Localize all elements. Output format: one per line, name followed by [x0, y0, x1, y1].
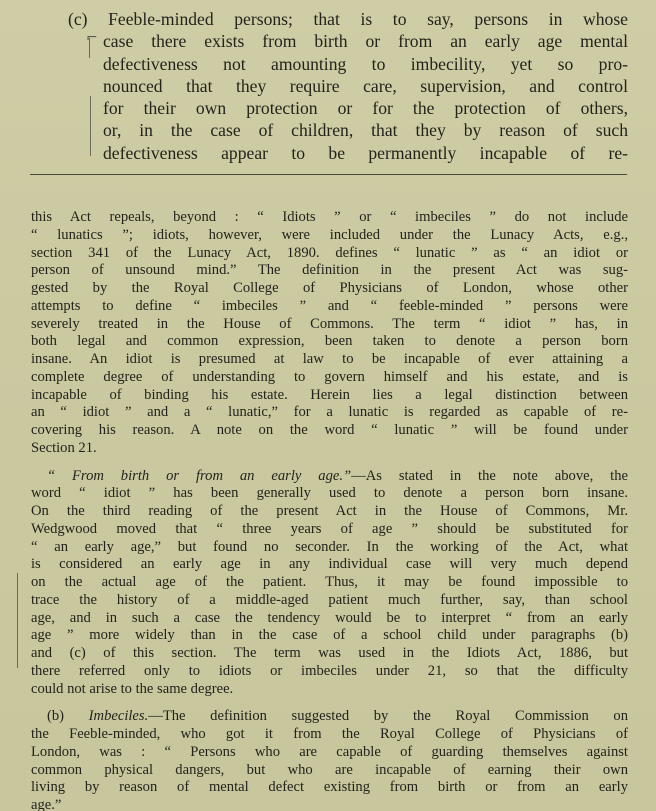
- note-line: trace the history of a middle-aged patie…: [31, 592, 628, 610]
- note-line: on the actual age of the patient. Thus, …: [31, 574, 628, 592]
- section-divider: [30, 174, 627, 175]
- note-heading: “ From birth or from an early age.”: [47, 468, 351, 484]
- note-line: “ From birth or from an early age.”—As s…: [31, 468, 628, 486]
- statute-line: (c) Feeble-minded persons; that is to sa…: [68, 8, 628, 30]
- note-line: complete degree of understanding to gove…: [31, 369, 628, 387]
- note-line: could not arise to the same degree.: [31, 681, 628, 699]
- note-heading: Imbeciles.: [89, 708, 149, 724]
- note-line: “ lunatics ”; idiots, however, were incl…: [31, 227, 628, 245]
- statute-line: for their own protection or for the prot…: [68, 97, 628, 119]
- note-line: and (c) of this section. The term was us…: [31, 645, 628, 663]
- statute-line: or, in the case of children, that they b…: [68, 119, 628, 141]
- note-line: is considered an early age in any indivi…: [31, 556, 628, 574]
- note-line: On the third reading of the present Act …: [31, 503, 628, 521]
- statute-line: defectiveness appear to be permanently i…: [68, 142, 628, 164]
- note-paragraph-imbeciles: (b) Imbeciles.—The definition suggested …: [31, 708, 628, 811]
- note-line: severely treated in the House of Commons…: [31, 316, 628, 334]
- note-line: an “ idiot ” and a “ lunatic,” for a lun…: [31, 404, 628, 422]
- note-line: “ an early age,” but found no seconder. …: [31, 539, 628, 557]
- note-line: person of unsound mind.” The definition …: [31, 262, 628, 280]
- note-line: attempts to define “ imbeciles ” and “ f…: [31, 298, 628, 316]
- note-line: both legal and common expression, been t…: [31, 333, 628, 351]
- note-line: age, and in such a case the tendency wou…: [31, 610, 628, 628]
- note-line: this Act repeals, beyond : “ Idiots ” or…: [31, 209, 628, 227]
- note-line: there referred only to idiots or imbecil…: [31, 663, 628, 681]
- statute-line: case there exists from birth or from an …: [68, 30, 628, 52]
- note-line: incapable of binding his estate. Herein …: [31, 387, 628, 405]
- note-paragraph-early-age: “ From birth or from an early age.”—As s…: [31, 468, 628, 699]
- statute-line: defectiveness not amounting to imbecilit…: [68, 53, 628, 75]
- note-line: Wedgwood moved that “ three years of age…: [31, 521, 628, 539]
- note-line: Section 21.: [31, 440, 628, 458]
- note-line: common physical dangers, but who are inc…: [31, 762, 628, 780]
- note-line: insane. An idiot is presumed at law to b…: [31, 351, 628, 369]
- note-line: age.”: [31, 797, 628, 811]
- book-page: ⌐ (c) Feeble-minded persons; that is to …: [0, 0, 656, 811]
- note-paragraph-idiots: this Act repeals, beyond : “ Idiots ” or…: [31, 209, 628, 458]
- note-line: living by reason of mental defect existi…: [31, 779, 628, 797]
- note-line: word “ idiot ” has been generally used t…: [31, 485, 628, 503]
- statute-text: (c) Feeble-minded persons; that is to sa…: [68, 8, 628, 164]
- note-line: age ” more widely than in the case of a …: [31, 627, 628, 645]
- note-line: (b) Imbeciles.—The definition suggested …: [31, 708, 628, 726]
- note-line: gested by the Royal College of Physician…: [31, 280, 628, 298]
- statute-line: nounced that they require care, supervis…: [68, 75, 628, 97]
- note-line: section 341 of the Lunacy Act, 1890. def…: [31, 245, 628, 263]
- note-line: London, was : “ Persons who are capable …: [31, 744, 628, 762]
- margin-pencil-line: [17, 573, 18, 668]
- commentary-notes: this Act repeals, beyond : “ Idiots ” or…: [31, 209, 628, 811]
- note-line: the Feeble-minded, who got it from the R…: [31, 726, 628, 744]
- note-line: covering his reason. A note on the word …: [31, 422, 628, 440]
